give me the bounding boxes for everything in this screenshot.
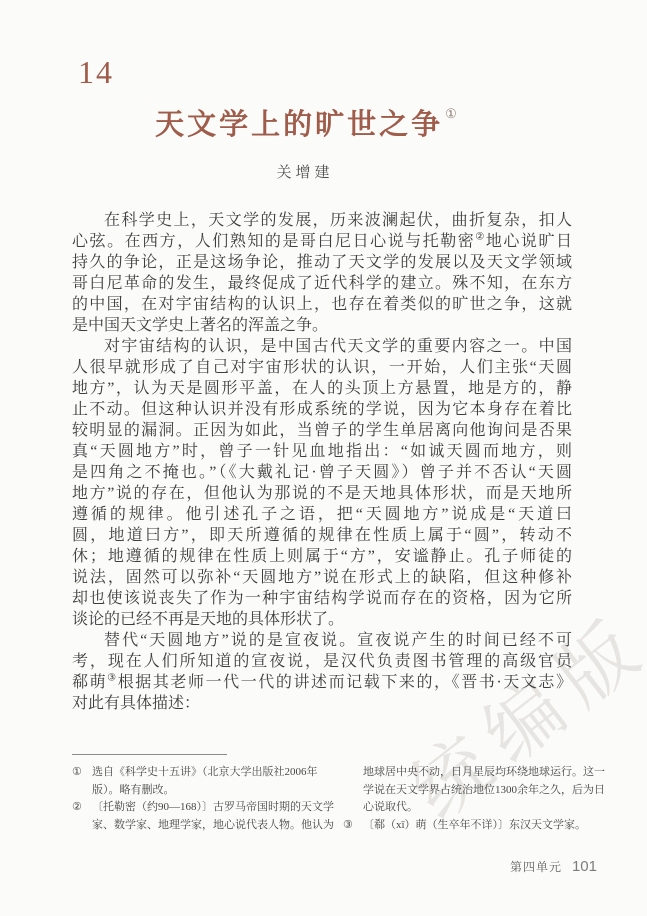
- footnote-line: 版）。略有删改。: [92, 782, 340, 800]
- footnote-line: 心说取代。: [363, 799, 595, 817]
- text-line: 持久的争论，正是这场争论，推动了天文学的发展以及天文学领域: [72, 252, 572, 273]
- text-line: 地方”说的存在，但他认为那说的不是天地具体形状，而是天地所: [72, 483, 572, 504]
- text-line: 地方”，认为天是圆形平盖，在人的头顶上方悬置，地是方的，静: [72, 378, 572, 399]
- text-line: 较明显的漏洞。正因为如此，当曾子的学生单居离向他询问是否果: [72, 420, 572, 441]
- footnote-line: 〔托勒密（约90—168）〕古罗马帝国时期的天文学: [92, 799, 340, 817]
- footnote-ref: ①: [445, 106, 457, 121]
- text-line: 圆，地道曰方”，即天所遵循的规律在性质上属于“圆”，转动不: [72, 525, 572, 546]
- text-line: 考，现在人们所知道的宣夜说，是汉代负责图书管理的高级官员: [72, 651, 572, 672]
- footnote-line: 家、数学家、地理学家，地心说代表人物。他认为: [92, 817, 340, 835]
- text-line: 说法，固然可以弥补“天圆地方”说在形式上的缺陷，但这种修补: [72, 567, 572, 588]
- text-line: 却也使该说丧失了作为一种宇宙结构学说而存在的资格，因为它所: [72, 588, 572, 609]
- text-line: 对宇宙结构的认识，是中国古代天文学的重要内容之一。中国: [72, 336, 572, 357]
- text-line: 真“天圆地方”时，曾子一针见血地指出：“如诚天圆而地方，则: [72, 441, 572, 462]
- footnote-line: 〔郗（xī）萌（生卒年不详）〕东汉天文学家。: [363, 817, 595, 835]
- body-text: 在科学史上，天文学的发展，历来波澜起伏，曲折复杂，扣人心弦。在西方，人们熟知的是…: [72, 210, 572, 714]
- lesson-title-text: 天文学上的旷世之争: [155, 109, 443, 141]
- footnotes-left-column: ①选自《科学史十五讲》（北京大学出版社2006年版）。略有删改。②〔托勒密（约9…: [72, 764, 340, 834]
- text-line: 止不动。但这种认识并没有形成系统的学说，因为它本身存在着比: [72, 399, 572, 420]
- lesson-title: 天文学上的旷世之争①: [0, 102, 610, 143]
- footnote: ③〔郗（xī）萌（生卒年不详）〕东汉天文学家。: [343, 817, 595, 835]
- author-name: 关增建: [0, 161, 610, 182]
- footnote-line: 学说在天文学界占统治地位1300余年之久，后为日: [363, 782, 595, 800]
- text-line: 郗萌③根据其老师一代一代的讲述而记载下来的，《晋书·天文志》: [72, 672, 572, 693]
- text-line: 对此有具体描述：: [72, 693, 572, 714]
- footnote: ②〔托勒密（约90—168）〕古罗马帝国时期的天文学家、数学家、地理学家，地心说…: [72, 799, 340, 834]
- lesson-number: 14: [78, 54, 114, 91]
- footnote-marker: ①: [72, 764, 82, 782]
- text-line: 的中国，在对宇宙结构的认识上，也存在着类似的旷世之争，这就: [72, 294, 572, 315]
- text-line: 哥白尼革命的发生，最终促成了近代科学的建立。殊不知，在东方: [72, 273, 572, 294]
- textbook-page: 统编版 14 天文学上的旷世之争① 关增建 在科学史上，天文学的发展，历来波澜起…: [0, 0, 647, 916]
- text-line: 是中国天文学史上著名的浑盖之争。: [72, 315, 572, 336]
- paragraph: 对宇宙结构的认识，是中国古代天文学的重要内容之一。中国人很早就形成了自己对宇宙形…: [72, 336, 572, 630]
- text-line: 在科学史上，天文学的发展，历来波澜起伏，曲折复杂，扣人: [72, 210, 572, 231]
- footnote-line: 选自《科学史十五讲》（北京大学出版社2006年: [92, 764, 340, 782]
- page-number: 101: [572, 858, 597, 875]
- text-line: 心弦。在西方，人们熟知的是哥白尼日心说与托勒密②地心说旷日: [72, 231, 572, 252]
- footnote-line: 地球居中央不动，日月星辰均环绕地球运行。这一: [363, 764, 595, 782]
- footnotes-right-column: 地球居中央不动，日月星辰均环绕地球运行。这一学说在天文学界占统治地位1300余年…: [343, 764, 595, 834]
- text-line: 遵循的规律。他引述孔子之语，把“天圆地方”说成是“天道曰: [72, 504, 572, 525]
- paragraph: 替代“天圆地方”说的是宣夜说。宣夜说产生的时间已经不可考，现在人们所知道的宣夜说…: [72, 630, 572, 714]
- text-line: 替代“天圆地方”说的是宣夜说。宣夜说产生的时间已经不可: [72, 630, 572, 651]
- footnote-ref: ②: [475, 232, 486, 243]
- footnote-marker: ③: [343, 817, 353, 835]
- page-footer: 第四单元 101: [510, 858, 597, 875]
- unit-label: 第四单元: [510, 858, 562, 875]
- text-line: 人很早就形成了自己对宇宙形状的认识，一开始，人们主张“天圆: [72, 357, 572, 378]
- text-line: 休；地遵循的规律在性质上则属于“方”，安谧静止。孔子师徒的: [72, 546, 572, 567]
- paragraph: 在科学史上，天文学的发展，历来波澜起伏，曲折复杂，扣人心弦。在西方，人们熟知的是…: [72, 210, 572, 336]
- footnote: ①选自《科学史十五讲》（北京大学出版社2006年版）。略有删改。: [72, 764, 340, 799]
- text-line: 谈论的已经不再是天地的具体形状了。: [72, 609, 572, 630]
- footnote: 地球居中央不动，日月星辰均环绕地球运行。这一学说在天文学界占统治地位1300余年…: [343, 764, 595, 817]
- footnote-divider: [72, 754, 227, 755]
- footnote-marker: ②: [72, 799, 82, 817]
- text-line: 是四角之不掩也。”（《大戴礼记·曾子天圆》）曾子并不否认“天圆: [72, 462, 572, 483]
- footnote-ref: ③: [107, 673, 118, 684]
